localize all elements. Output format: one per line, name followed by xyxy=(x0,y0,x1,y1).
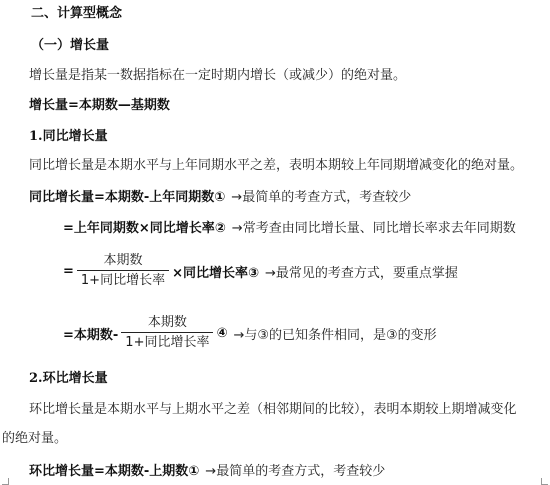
mom-definition-line-2: 的绝对量。 xyxy=(2,431,67,447)
growth-formula: 增长量=本期数—基期数 xyxy=(29,98,170,114)
yoy-heading: 1.同比增长量 xyxy=(29,129,108,145)
page-corner-mark-right xyxy=(541,478,548,485)
yoy-formula-3-note: →最常见的考查方式，要重点掌握 xyxy=(265,262,458,281)
yoy-formula-2: =上年同期数×同比增长率② →常考查由同比增长量、同比增长率求去年同期数 xyxy=(63,217,516,235)
yoy-formula-1-note: →最简单的考查方式，考查较少 xyxy=(231,186,411,205)
yoy-formula-2-expr: =上年同期数×同比增长率② xyxy=(63,217,226,236)
yoy-formula-2-note: →常考查由同比增长量、同比增长率求去年同期数 xyxy=(232,217,516,236)
mom-definition-line-1: 环比增长量是本期水平与上期水平之差（相邻期间的比较），表明本期较上期增减变化 xyxy=(29,402,517,418)
yoy-formula-3: = 本期数 1+同比增长率 ×同比增长率③ →最常见的考查方式，要重点掌握 xyxy=(63,251,458,291)
fraction-denominator: 1+同比增长率 xyxy=(77,271,169,289)
yoy-formula-3-prefix: = xyxy=(63,264,74,279)
mom-formula-1: 环比增长量=本期数-上期数① →最简单的考查方式，考查较少 xyxy=(29,460,385,478)
yoy-formula-4-note: →与③的已知条件相同，是③的变形 xyxy=(233,324,436,343)
yoy-formula-4-fraction: 本期数 1+同比增长率 xyxy=(121,315,213,351)
fraction-numerator: 本期数 xyxy=(144,315,191,332)
fraction-denominator: 1+同比增长率 xyxy=(121,333,213,351)
yoy-formula-4-suffix: ④ xyxy=(216,326,227,341)
yoy-formula-4: =本期数- 本期数 1+同比增长率 ④ →与③的已知条件相同，是③的变形 xyxy=(63,313,437,353)
yoy-formula-4-prefix: =本期数- xyxy=(63,324,118,343)
fraction-numerator: 本期数 xyxy=(99,253,146,270)
mom-heading: 2.环比增长量 xyxy=(29,371,108,387)
yoy-definition: 同比增长量是本期水平与上年同期水平之差，表明本期较上年同期增减变化的绝对量。 xyxy=(29,158,523,174)
section-title: 二、计算型概念 xyxy=(31,6,122,22)
page-corner-mark-left xyxy=(2,478,9,485)
growth-definition: 增长量是指某一数据指标在一定时期内增长（或减少）的绝对量。 xyxy=(29,68,406,84)
yoy-formula-1-expr: 同比增长量=本期数-上年同期数① xyxy=(29,186,225,205)
mom-formula-1-expr: 环比增长量=本期数-上期数① xyxy=(29,460,199,479)
subsection-title: （一）增长量 xyxy=(31,38,109,54)
yoy-formula-3-suffix: ×同比增长率③ xyxy=(172,262,259,281)
yoy-formula-1: 同比增长量=本期数-上年同期数① →最简单的考查方式，考查较少 xyxy=(29,186,411,204)
mom-formula-1-note: →最简单的考查方式，考查较少 xyxy=(205,460,385,479)
yoy-formula-3-fraction: 本期数 1+同比增长率 xyxy=(77,253,169,289)
